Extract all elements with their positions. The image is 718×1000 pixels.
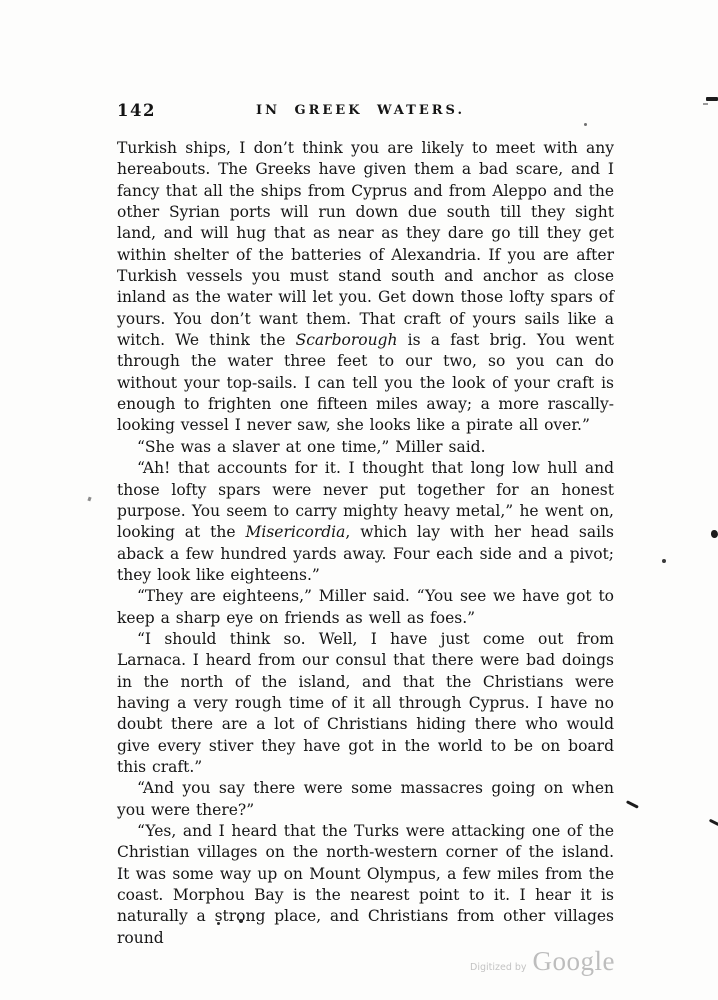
paragraph: “I should think so. Well, I have just co… — [117, 629, 614, 778]
scan-artifact-slash — [709, 819, 718, 826]
google-logo: Google — [533, 946, 615, 977]
scan-artifact-slash — [626, 800, 639, 808]
running-header-row: 142 IN GREEK WATERS. — [117, 101, 614, 123]
italic-text: Scarborough — [296, 331, 398, 349]
scan-artifact-dot — [239, 919, 243, 923]
scan-artifact-dot — [584, 123, 587, 126]
body-text: Turkish ships, I don’t think you are lik… — [117, 138, 614, 949]
text-run: “Yes, and I heard that the Turks were at… — [117, 822, 614, 947]
watermark-prefix: Digitized by — [470, 962, 527, 973]
text-run: Turkish ships, I don’t think you are lik… — [117, 139, 614, 349]
paragraph: “Ah! that accounts for it. I thought tha… — [117, 458, 614, 586]
text-run: “She was a slaver at one time,” Miller s… — [137, 438, 486, 456]
scan-artifact-dash — [703, 103, 708, 105]
scan-artifact-dash — [706, 97, 718, 101]
book-page-scan: 142 IN GREEK WATERS. Turkish ships, I do… — [0, 0, 718, 1000]
text-run: “They are eighteens,” Miller said. “You … — [117, 587, 614, 626]
scan-artifact-dot — [217, 922, 220, 925]
text-run: “I should think so. Well, I have just co… — [117, 630, 614, 776]
scan-artifact-blob — [711, 530, 718, 538]
digitized-by-google-watermark: Digitized by Google — [470, 946, 615, 977]
paragraph: “She was a slaver at one time,” Miller s… — [117, 437, 614, 458]
paragraph: “And you say there were some massacres g… — [117, 778, 614, 821]
running-header-title: IN GREEK WATERS. — [117, 103, 604, 118]
paragraph: “They are eighteens,” Miller said. “You … — [117, 586, 614, 629]
paragraph: “Yes, and I heard that the Turks were at… — [117, 821, 614, 949]
text-run: “And you say there were some massacres g… — [117, 779, 614, 818]
italic-text: Misericordia — [245, 523, 345, 541]
paragraph: Turkish ships, I don’t think you are lik… — [117, 138, 614, 437]
scan-artifact-dot — [662, 559, 666, 563]
scan-artifact-tick — [87, 497, 91, 502]
